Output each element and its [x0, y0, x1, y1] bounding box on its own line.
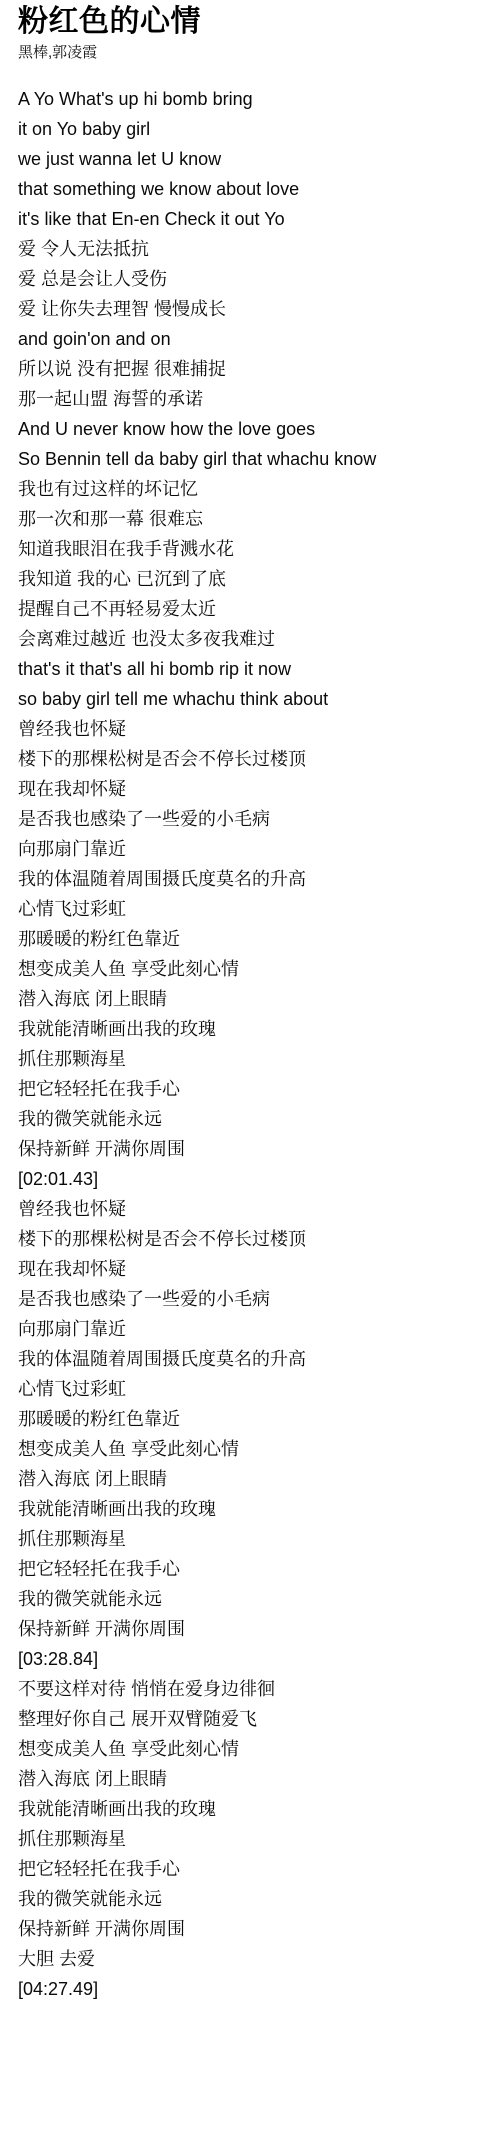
lyric-line: 曾经我也怀疑 — [18, 714, 482, 744]
lyric-line: And U never know how the love goes — [18, 414, 482, 444]
lyric-line: 保持新鲜 开满你周围 — [18, 1914, 482, 1944]
lyric-line: 我知道 我的心 已沉到了底 — [18, 564, 482, 594]
lyric-line: 我的体温随着周围摄氏度莫名的升高 — [18, 864, 482, 894]
page-title: 粉红色的心情 — [18, 3, 482, 41]
lyric-line: 会离难过越近 也没太多夜我难过 — [18, 624, 482, 654]
lyric-line: [04:27.49] — [18, 1974, 482, 2004]
lyric-line: 曾经我也怀疑 — [18, 1194, 482, 1224]
lyric-line: 是否我也感染了一些爱的小毛病 — [18, 804, 482, 834]
lyric-line: A Yo What's up hi bomb bring — [18, 84, 482, 114]
lyric-line: 把它轻轻托在我手心 — [18, 1854, 482, 1884]
lyric-line: 抓住那颗海星 — [18, 1524, 482, 1554]
lyric-line: 把它轻轻托在我手心 — [18, 1554, 482, 1584]
lyric-line: 保持新鲜 开满你周围 — [18, 1614, 482, 1644]
lyric-line: and goin'on and on — [18, 324, 482, 354]
lyric-line: 是否我也感染了一些爱的小毛病 — [18, 1284, 482, 1314]
lyric-line: 所以说 没有把握 很难捕捉 — [18, 354, 482, 384]
lyric-line: 那暖暖的粉红色靠近 — [18, 924, 482, 954]
lyric-line: 那一起山盟 海誓的承诺 — [18, 384, 482, 414]
lyric-line: 现在我却怀疑 — [18, 774, 482, 804]
lyric-line: 那一次和那一幕 很难忘 — [18, 504, 482, 534]
lyric-line: 我的体温随着周围摄氏度莫名的升高 — [18, 1344, 482, 1374]
lyric-line: 提醒自己不再轻易爱太近 — [18, 594, 482, 624]
lyric-line: So Bennin tell da baby girl that whachu … — [18, 444, 482, 474]
lyric-line: [03:28.84] — [18, 1644, 482, 1674]
lyric-line: 把它轻轻托在我手心 — [18, 1074, 482, 1104]
lyric-line: 向那扇门靠近 — [18, 1314, 482, 1344]
lyric-line: 知道我眼泪在我手背溅水花 — [18, 534, 482, 564]
lyric-line: 我的微笑就能永远 — [18, 1584, 482, 1614]
lyric-line: it on Yo baby girl — [18, 114, 482, 144]
lyric-line: 我就能清晰画出我的玫瑰 — [18, 1014, 482, 1044]
lyric-line: 潜入海底 闭上眼睛 — [18, 1464, 482, 1494]
lyric-line: 我也有过这样的坏记忆 — [18, 474, 482, 504]
lyric-line: 向那扇门靠近 — [18, 834, 482, 864]
lyric-line: 爱 总是会让人受伤 — [18, 264, 482, 294]
lyric-line: 楼下的那棵松树是否会不停长过楼顶 — [18, 744, 482, 774]
lyric-line: that's it that's all hi bomb rip it now — [18, 654, 482, 684]
lyric-line: 爱 令人无法抵抗 — [18, 234, 482, 264]
lyric-line: 潜入海底 闭上眼睛 — [18, 1764, 482, 1794]
lyric-line: 抓住那颗海星 — [18, 1044, 482, 1074]
lyrics-list: A Yo What's up hi bomb bringit on Yo bab… — [18, 84, 482, 2004]
lyric-line: [02:01.43] — [18, 1164, 482, 1194]
lyric-line: 不要这样对待 悄悄在爱身边徘徊 — [18, 1674, 482, 1704]
lyric-line: 那暖暖的粉红色靠近 — [18, 1404, 482, 1434]
lyric-line: 抓住那颗海星 — [18, 1824, 482, 1854]
lyrics-page: 粉红色的心情 黑棒,郭凌霞 A Yo What's up hi bomb bri… — [0, 0, 500, 2140]
lyric-line: 心情飞过彩虹 — [18, 894, 482, 924]
lyric-line: so baby girl tell me whachu think about — [18, 684, 482, 714]
lyric-line: 整理好你自己 展开双臂随爱飞 — [18, 1704, 482, 1734]
lyric-line: that something we know about love — [18, 174, 482, 204]
artist-names: 黑棒,郭凌霞 — [18, 43, 482, 63]
lyric-line: 保持新鲜 开满你周围 — [18, 1134, 482, 1164]
lyric-line: 潜入海底 闭上眼睛 — [18, 984, 482, 1014]
lyric-line: 想变成美人鱼 享受此刻心情 — [18, 1734, 482, 1764]
lyric-line: 我就能清晰画出我的玫瑰 — [18, 1794, 482, 1824]
lyric-line: 大胆 去爱 — [18, 1944, 482, 1974]
lyric-line: 楼下的那棵松树是否会不停长过楼顶 — [18, 1224, 482, 1254]
lyric-line: 我的微笑就能永远 — [18, 1104, 482, 1134]
lyric-line: 现在我却怀疑 — [18, 1254, 482, 1284]
lyric-line: we just wanna let U know — [18, 144, 482, 174]
lyric-line: 爱 让你失去理智 慢慢成长 — [18, 294, 482, 324]
lyric-line: 想变成美人鱼 享受此刻心情 — [18, 1434, 482, 1464]
lyric-line: 我的微笑就能永远 — [18, 1884, 482, 1914]
lyric-line: it's like that En-en Check it out Yo — [18, 204, 482, 234]
lyric-line: 想变成美人鱼 享受此刻心情 — [18, 954, 482, 984]
lyric-line: 我就能清晰画出我的玫瑰 — [18, 1494, 482, 1524]
lyric-line: 心情飞过彩虹 — [18, 1374, 482, 1404]
